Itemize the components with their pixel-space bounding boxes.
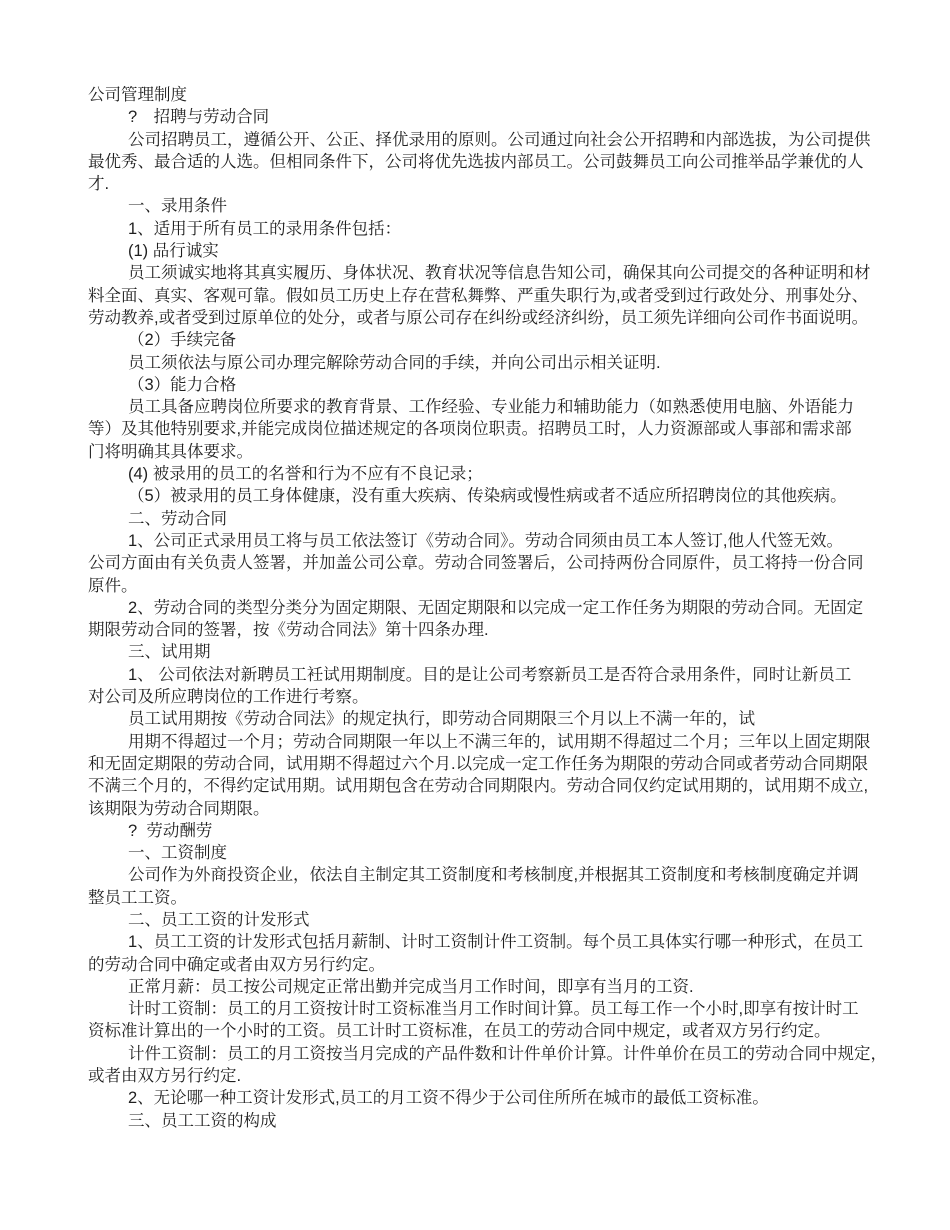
text-line: （2）手续完备 — [88, 329, 888, 351]
text-line: 一、工资制度 — [88, 842, 888, 864]
text-line: 公司招聘员工，遵循公开、公正、择优录用的原则。公司通过向社会公开招聘和内部选拔，… — [88, 129, 888, 151]
text-line: 公司作为外商投资企业，依法自主制定其工资制度和考核制度,并根据其工资制度和考核制… — [88, 864, 888, 886]
text-line: 对公司及所应聘岗位的工作进行考察。 — [88, 686, 888, 708]
text-line: （5）被录用的员工身体健康，没有重大疾病、传染病或慢性病或者不适应所招聘岗位的其… — [88, 485, 888, 507]
text-line: 劳动教养,或者受到过原单位的处分，或者与原公司存在纠纷或经济纠纷，员工须先详细向… — [88, 307, 888, 329]
text-line: 公司方面由有关负责人签署，并加盖公司公章。劳动合同签署后，公司持两份合同原件，员… — [88, 552, 888, 574]
text-line: 和无固定期限的劳动合同，试用期不得超过六个月.以完成一定工作任务为期限的劳动合同… — [88, 753, 888, 775]
text-line: 计件工资制：员工的月工资按当月完成的产品件数和计件单价计算。计件单价在员工的劳动… — [88, 1043, 888, 1065]
text-line: 计时工资制：员工的月工资按计时工资标准当月工作时间计算。员工每工作一个小时,即享… — [88, 998, 888, 1020]
text-line: 整员工工资。 — [88, 887, 888, 909]
text-line: 二、员工工资的计发形式 — [88, 909, 888, 931]
text-line: 二、劳动合同 — [88, 508, 888, 530]
text-line: 2、无论哪一种工资计发形式,员工的月工资不得少于公司住所所在城市的最低工资标准。 — [88, 1087, 888, 1109]
text-line: 1、 公司依法对新聘员工衽试用期制度。目的是让公司考察新员工是否符合录用条件，同… — [88, 664, 888, 686]
text-line: ? 劳动酬劳 — [88, 820, 888, 842]
text-line: 等）及其他特别要求,并能完成岗位描述规定的各项岗位职责。招聘员工时，人力资源部或… — [88, 418, 888, 440]
text-line: 公司管理制度 — [88, 84, 888, 106]
text-line: （3）能力合格 — [88, 374, 888, 396]
text-line: 三、试用期 — [88, 641, 888, 663]
document-body: 公司管理制度? 招聘与劳动合同公司招聘员工，遵循公开、公正、择优录用的原则。公司… — [88, 84, 888, 1132]
text-line: 正常月薪：员工按公司规定正常出勤并完成当月工作时间，即享有当月的工资. — [88, 976, 888, 998]
text-line: 员工试用期按《劳动合同法》的规定执行，即劳动合同期限三个月以上不满一年的，试 — [88, 708, 888, 730]
text-line: 期限劳动合同的签署，按《劳动合同法》第十四条办理. — [88, 619, 888, 641]
text-line: 最优秀、最合适的人选。但相同条件下，公司将优先选拔内部员工。公司鼓舞员工向公司推… — [88, 151, 888, 173]
text-line: 员工须诚实地将其真实履历、身体状况、教育状况等信息告知公司，确保其向公司提交的各… — [88, 262, 888, 284]
text-line: 不满三个月的，不得约定试用期。试用期包含在劳动合同期限内。劳动合同仅约定试用期的… — [88, 775, 888, 797]
text-line: 或者由双方另行约定. — [88, 1065, 888, 1087]
text-line: 2、劳动合同的类型分类分为固定期限、无固定期限和以完成一定工作任务为期限的劳动合… — [88, 597, 888, 619]
text-line: 才. — [88, 173, 888, 195]
text-line: 1、员工工资的计发形式包括月薪制、计时工资制计件工资制。每个员工具体实行哪一种形… — [88, 931, 888, 953]
text-line: 员工具备应聘岗位所要求的教育背景、工作经验、专业能力和辅助能力（如熟悉使用电脑、… — [88, 396, 888, 418]
text-line: 员工须依法与原公司办理完解除劳动合同的手续，并向公司出示相关证明. — [88, 352, 888, 374]
text-line: 三、员工工资的构成 — [88, 1110, 888, 1132]
text-line: 一、录用条件 — [88, 195, 888, 217]
text-line: 资标准计算出的一个小时的工资。员工计时工资标准，在员工的劳动合同中规定，或者双方… — [88, 1020, 888, 1042]
document-page: 公司管理制度? 招聘与劳动合同公司招聘员工，遵循公开、公正、择优录用的原则。公司… — [0, 0, 950, 1230]
text-line: 门将明确其具体要求。 — [88, 441, 888, 463]
text-line: 用期不得超过一个月；劳动合同期限一年以上不满三年的，试用期不得超过二个月；三年以… — [88, 731, 888, 753]
text-line: (4) 被录用的员工的名誉和行为不应有不良记录； — [88, 463, 888, 485]
text-line: (1) 品行诚实 — [88, 240, 888, 262]
text-line: ? 招聘与劳动合同 — [88, 106, 888, 128]
text-line: 的劳动合同中确定或者由双方另行约定。 — [88, 954, 888, 976]
text-line: 1、公司正式录用员工将与员工依法签订《劳动合同》。劳动合同须由员工本人签订,他人… — [88, 530, 888, 552]
text-line: 原件。 — [88, 575, 888, 597]
text-line: 料全面、真实、客观可靠。假如员工历史上存在营私舞弊、严重失职行为,或者受到过行政… — [88, 285, 888, 307]
text-line: 1、适用于所有员工的录用条件包括： — [88, 218, 888, 240]
text-line: 该期限为劳动合同期限。 — [88, 798, 888, 820]
